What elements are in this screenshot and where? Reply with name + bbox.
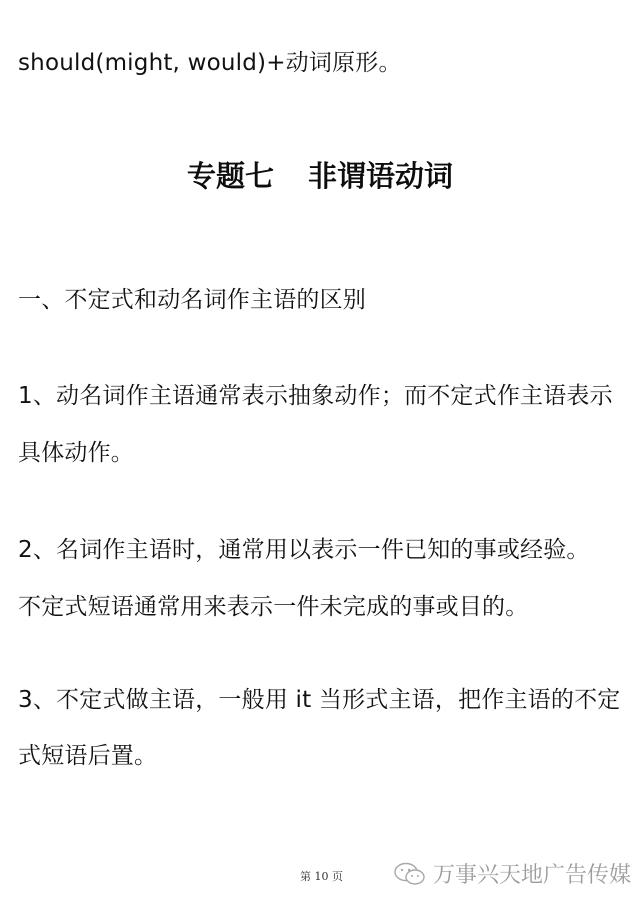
intro-line: should(might, would)+动词原形。 <box>18 48 402 78</box>
section-heading: 一、不定式和动名词作主语的区别 <box>18 285 366 315</box>
watermark: 万事兴天地广告传媒 <box>393 858 631 889</box>
chapter-title: 专题七非谓语动词 <box>0 158 640 194</box>
point-1-line-1: 1、动名词作主语通常表示抽象动作；而不定式作主语表示 <box>18 381 613 411</box>
point-3-line-2: 式短语后置。 <box>18 741 157 771</box>
chapter-number: 专题七 <box>187 159 274 193</box>
point-3-line-1: 3、不定式做主语，一般用 it 当形式主语，把作主语的不定 <box>18 685 620 715</box>
point-2-line-2: 不定式短语通常用来表示一件未完成的事或目的。 <box>18 592 528 622</box>
wechat-icon <box>393 861 427 887</box>
point-1-line-2: 具体动作。 <box>18 438 134 468</box>
watermark-text: 万事兴天地广告传媒 <box>433 858 631 889</box>
chapter-name: 非谓语动词 <box>308 159 453 193</box>
page-number: 第 10 页 <box>300 868 343 884</box>
point-2-line-1: 2、名词作主语时，通常用以表示一件已知的事或经验。 <box>18 535 590 565</box>
